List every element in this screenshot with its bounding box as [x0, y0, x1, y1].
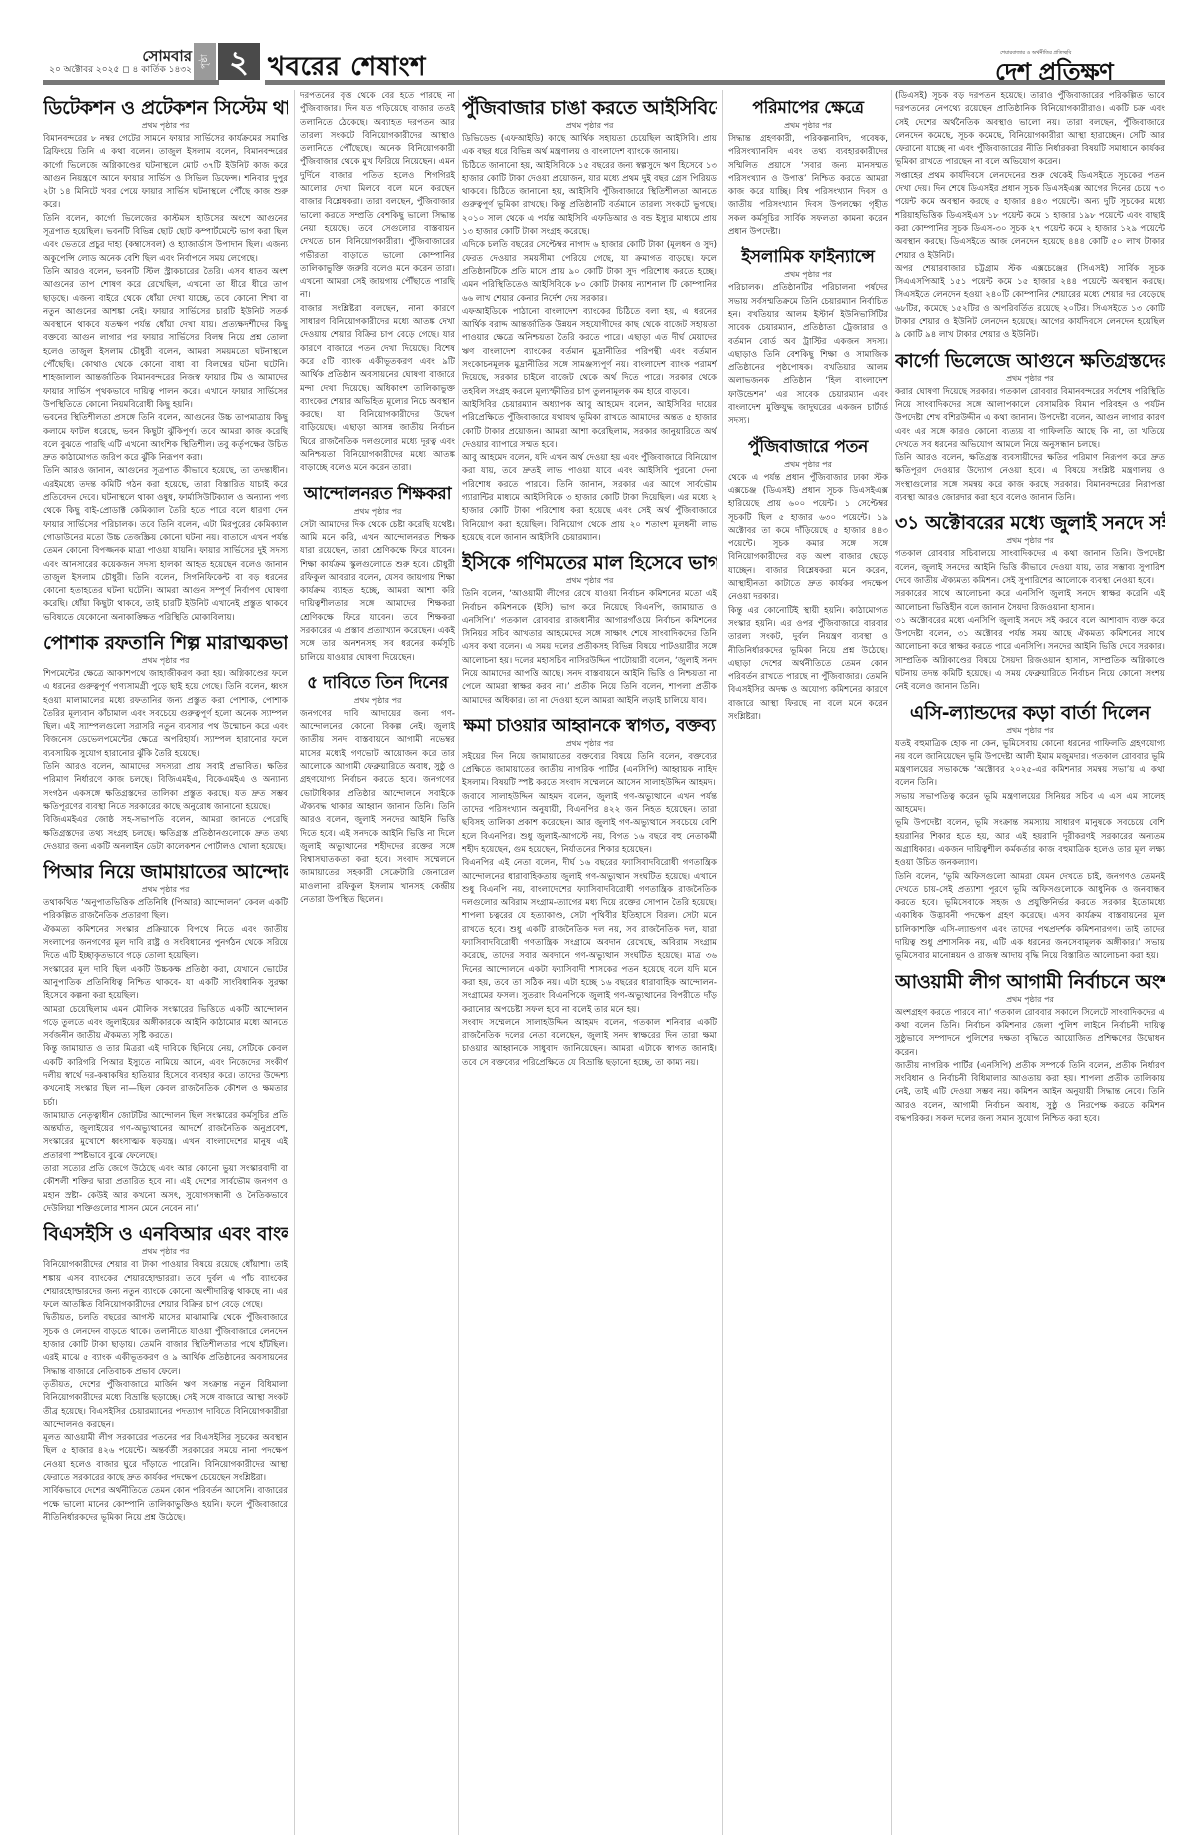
header-rule	[265, 80, 1165, 85]
paragraph: ভূমি উপদেষ্টা বলেন, ভূমি সংক্রান্ত সমস্য…	[895, 817, 1165, 870]
continued-label: প্রথম পৃষ্ঠার পর	[462, 575, 717, 587]
column-3: পুঁজিবাজার চাঙা করতে আইসিবিকে প্রথম পৃষ্…	[462, 90, 717, 1835]
paragraph: থেকে এ পর্যন্ত প্রধান পুঁজিবাজার ঢাকা স্…	[728, 472, 888, 605]
article-agitating-teachers: আন্দোলনরত শিক্ষকরা প্রথম পৃষ্ঠার পর সেটা…	[300, 482, 455, 665]
paragraph: তিনি আরও বলেন, ক্ষতিগ্রস্ত ব্যবসায়ীদের …	[895, 452, 1165, 505]
headline[interactable]: পোশাক রফতানি শিল্প মারাত্মকভাবে	[43, 631, 288, 655]
paragraph: সইয়ের দিন নিয়ে জামায়াতের বক্তব্যের বি…	[462, 751, 717, 791]
continued-label: প্রথম পৃষ্ঠার পর	[895, 373, 1165, 385]
paragraph: মূলত আওয়ামী লীগ সরকারের পতনের পর বিএসইস…	[43, 1432, 288, 1485]
paragraph: আবু আহমেদ বলেন, যদি এখন অর্থ দেওয়া হয় …	[462, 452, 717, 545]
continued-label: প্রথম পৃষ্ঠার পর	[43, 884, 288, 896]
paragraph: বিমানবন্দরের ৮ নম্বর গেটের সামনে ফায়ার …	[43, 133, 288, 213]
header-rule	[43, 80, 219, 85]
article-ec-divided: ইসিকে গণিমতের মাল হিসেবে ভাগ করে প্রথম প…	[462, 551, 717, 708]
paragraph: জাতীয় নাগরিক পার্টির (এনসিপি) প্রতীক সম…	[895, 1060, 1165, 1126]
continued-label: প্রথম পৃষ্ঠার পর	[300, 695, 455, 707]
headline[interactable]: ৩১ অক্টোবরের মধ্যে জুলাই সনদে সই	[895, 511, 1165, 535]
headline[interactable]: ইসলামিক ফাইন্যান্সে	[728, 245, 888, 269]
continued-label: প্রথম পৃষ্ঠার পর	[895, 535, 1165, 547]
headline[interactable]: কার্গো ভিলেজে আগুনে ক্ষতিগ্রস্তদের	[895, 349, 1165, 373]
paragraph: তৃতীয়ত, দেশের পুঁজিবাজারে মার্জিন ঋণ সং…	[43, 1379, 288, 1432]
headline[interactable]: ডিটেকশন ও প্রটেকশন সিস্টেম থাকলে	[43, 96, 288, 120]
paragraph: করার ঘোষণা দিয়েছে সরকার। গতকাল রোববার ব…	[895, 386, 1165, 452]
paragraph: সার্বিকভাবে দেশের অর্থনীতিতে তেমন কোন পর…	[43, 1485, 288, 1525]
article-measurement: পরিমাপের ক্ষেত্রে প্রথম পৃষ্ঠার পর সিদ্ধ…	[728, 96, 888, 239]
article-market-continued: দরপতনের বৃত্ত থেকে বের হতে পারছে না পুঁজ…	[300, 90, 455, 476]
paragraph: দ্বিতীয়ত, চলতি বছরের আগস্ট মাসের মাঝামা…	[43, 1312, 288, 1378]
paragraph: তিনি বলেন, ‘ভূমি অফিসগুলো আমরা যেমন দেখত…	[895, 871, 1165, 964]
headline[interactable]: পিআর নিয়ে জামায়াতের আন্দোলন ছিল	[43, 860, 288, 884]
article-detection-protection: ডিটেকশন ও প্রটেকশন সিস্টেম থাকলে প্রথম প…	[43, 96, 288, 625]
paragraph: তথাকথিত ‘অনুপাতভিত্তিক প্রতিনিধি (পিআর) …	[43, 897, 288, 924]
continued-label: প্রথম পৃষ্ঠার পর	[728, 269, 888, 281]
article-islamic-finance: ইসলামিক ফাইন্যান্সে প্রথম পৃষ্ঠার পর পরি…	[728, 245, 888, 428]
paragraph: তিনি আরও জানান, আগুনের সূত্রপাত কীভাবে হ…	[43, 465, 288, 625]
paragraph: বিজিএমইএর জোষ্ঠ সহ-সভাপতি বলেন, আমরা জান…	[43, 814, 288, 854]
paragraph: তারা সত্যের প্রতি জেগে উঠেছে এবং আর কোনো…	[43, 1163, 288, 1216]
article-garment-export: পোশাক রফতানি শিল্প মারাত্মকভাবে প্রথম পৃ…	[43, 631, 288, 854]
paragraph: আমরা চেয়েছিলাম এমন মৌলিক সংস্কারের ভিত্…	[43, 1004, 288, 1044]
column-divider	[458, 90, 459, 1835]
paragraph: জবাবে সালাহউদ্দিন আহমদ বলেন, জুলাই গণ-অভ…	[462, 791, 717, 857]
paragraph: যতই বহুমাত্রিক হোক না কেন, ভূমিসেবায় কো…	[895, 738, 1165, 791]
paragraph: ডিভিডেন্ড (এফআইডি) কাছে আর্থিক সহায়তা চ…	[462, 133, 717, 160]
headline[interactable]: ক্ষমা চাওয়ার আহ্বানকে স্বাগত, বক্তব্য	[462, 714, 717, 738]
paragraph: সপ্তাহের প্রথম কার্যদিবসে লেনদেনের শুরু …	[895, 170, 1165, 263]
paragraph: সরকারের সাথে আলোচনা করে এনসিপি জুলাই সনদ…	[895, 588, 1165, 615]
article-july-charter: ৩১ অক্টোবরের মধ্যে জুলাই সনদে সই প্রথম প…	[895, 511, 1165, 694]
paragraph: (ডিএসই) সূচক বড় দরপতন হয়েছে। তারাও পুঁ…	[895, 90, 1165, 170]
page-label: পৃষ্ঠা	[194, 43, 216, 80]
masthead: সোমবার ২০ অক্টোবর ২০২৫ ◻ ৪ কার্তিক ১৪৩২ …	[0, 0, 1200, 80]
article-bsec-nbr: বিএসইসি ও এনবিআর এবং বাংলাদেশ প্রথম পৃষ্…	[43, 1222, 288, 1525]
continued-label: প্রথম পৃষ্ঠার পর	[43, 120, 288, 132]
continued-label: প্রথম পৃষ্ঠার পর	[300, 506, 455, 518]
paragraph: তিনি বলেন, কার্গো ভিলেজের কাস্টমস হাউসের…	[43, 213, 288, 266]
headline[interactable]: ৫ দাবিতে তিন দিনের	[300, 671, 455, 695]
headline[interactable]: ইসিকে গণিমতের মাল হিসেবে ভাগ করে	[462, 551, 717, 575]
article-icb-market: পুঁজিবাজার চাঙা করতে আইসিবিকে প্রথম পৃষ্…	[462, 96, 717, 545]
paragraph: সিদ্ধান্ত গ্রহণকারী, পরিকল্পনাবিদ, গবেষক…	[728, 133, 888, 239]
paragraph: এফআইডিকে পাঠানো বাংলাদেশ ব্যাংকের চিঠিতে…	[462, 306, 717, 399]
continued-label: প্রথম পৃষ্ঠার পর	[43, 655, 288, 667]
paragraph: বিনিয়োগকারীদের শেয়ার বা টাকা পাওয়ার ব…	[43, 1259, 288, 1312]
article-dse-continued: (ডিএসই) সূচক বড় দরপতন হয়েছে। তারাও পুঁ…	[895, 90, 1165, 343]
column-divider	[722, 90, 723, 1835]
article-pr-jamaat: পিআর নিয়ে জামায়াতের আন্দোলন ছিল প্রথম …	[43, 860, 288, 1216]
paragraph: বিএনপির এই নেতা বলেন, দীর্ঘ ১৬ বছরের ফ্য…	[462, 857, 717, 1017]
article-ac-land: এসি-ল্যান্ডদের কড়া বার্তা দিলেন প্রথম প…	[895, 701, 1165, 964]
paragraph: দরপতনের বৃত্ত থেকে বের হতে পারছে না পুঁজ…	[300, 90, 455, 303]
article-market-fall: পুঁজিবাজারে পতন প্রথম পৃষ্ঠার পর থেকে এ …	[728, 435, 888, 725]
paragraph: সংবাদ সম্মেলনে সালাহউদ্দিন আহমদ বলেন, গত…	[462, 1017, 717, 1070]
paragraph: অপর শেয়ারবাজার চট্টগ্রাম স্টক এক্সচেঞ্জ…	[895, 263, 1165, 343]
paragraph: সভায় সভাপতিত্ব করেন ভূমি মন্ত্রণালয়ের …	[895, 791, 1165, 818]
date: ২০ অক্টোবর ২০২৫ ◻ ৪ কার্তিক ১৪৩২	[40, 64, 192, 76]
newspaper-logo[interactable]: দেশ প্রতিক্ষণ	[995, 54, 1113, 94]
continued-label: প্রথম পৃষ্ঠার পর	[895, 725, 1165, 737]
headline[interactable]: পুঁজিবাজার চাঙা করতে আইসিবিকে	[462, 96, 717, 120]
column-1: ডিটেকশন ও প্রটেকশন সিস্টেম থাকলে প্রথম প…	[43, 90, 288, 1835]
paragraph: কিন্তু এর কোনোটিই স্থায়ী হয়নি। কাঠামোগ…	[728, 605, 888, 725]
paragraph: পরিচালক। প্রতিষ্ঠানটির পরিচালনা পর্ষদের …	[728, 282, 888, 428]
paragraph: শিপমেন্টের ক্ষেত্রে আকাশপথে জাহাজীকরণ কর…	[43, 668, 288, 761]
paragraph: এদিকে চলতি বছরের সেপ্টেম্বর নাগাদ ৬ হাজা…	[462, 239, 717, 305]
column-5: (ডিএসই) সূচক বড় দরপতন হয়েছে। তারাও পুঁ…	[895, 90, 1165, 1835]
column-4: পরিমাপের ক্ষেত্রে প্রথম পৃষ্ঠার পর সিদ্ধ…	[728, 90, 888, 1835]
paragraph: গতকাল রোববার সচিবালয়ে সাংবাদিকদের এ কথা…	[895, 548, 1165, 588]
paragraph: তিনি আরও বলেন, আমাদের সদস্যরা প্রায় সবা…	[43, 761, 288, 814]
column-2: দরপতনের বৃত্ত থেকে বের হতে পারছে না পুঁজ…	[300, 90, 455, 1835]
paragraph: সেটা আমাদের দিক থেকে চেষ্টা করেছি যথেষ্ট…	[300, 519, 455, 665]
headline[interactable]: এসি-ল্যান্ডদের কড়া বার্তা দিলেন	[895, 701, 1165, 725]
continued-label: প্রথম পৃষ্ঠার পর	[728, 459, 888, 471]
paragraph: জামায়াত নেতৃত্বাধীন জোটটির আন্দোলন ছিল …	[43, 1110, 288, 1163]
paragraph: ঐকমত্য কমিশনের সংস্কার প্রক্রিয়াকে বিপথ…	[43, 924, 288, 964]
headline[interactable]: পরিমাপের ক্ষেত্রে	[728, 96, 888, 120]
paragraph: চিঠিতে জানানো হয়, আইসিবিকে ১৫ বছরের জন্…	[462, 160, 717, 240]
continued-label: প্রথম পৃষ্ঠার পর	[462, 738, 717, 750]
paragraph: কিন্তু জামায়াত ও তার মিত্ররা এই দাবিকে …	[43, 1043, 288, 1109]
article-awami-league: আওয়ামী লীগ আগামী নির্বাচনে অংশ প্রথম পৃ…	[895, 970, 1165, 1127]
article-cargo-village: কার্গো ভিলেজে আগুনে ক্ষতিগ্রস্তদের প্রথম…	[895, 349, 1165, 506]
article-five-demands: ৫ দাবিতে তিন দিনের প্রথম পৃষ্ঠার পর জনগণ…	[300, 671, 455, 907]
paragraph: সংস্কারের মূল দাবি ছিল একটি উচ্চকক্ষ প্র…	[43, 964, 288, 1004]
paragraph: বাজার সংশ্লিষ্টরা বলছেন, নানা কারণে সাধা…	[300, 303, 455, 476]
paragraph: ৩১ অক্টোবরের মধ্যে এনসিপি জুলাই সনদে সই …	[895, 615, 1165, 695]
paragraph: জনগণের দাবি আদায়ের জন্য গণ-আন্দোলনের কো…	[300, 708, 455, 907]
paragraph: অংশগ্রহণ করতে পারবে না।’ গতকাল রোববার সক…	[895, 1007, 1165, 1060]
column-divider	[294, 90, 295, 1835]
headline[interactable]: আন্দোলনরত শিক্ষকরা	[300, 482, 455, 506]
column-divider	[891, 90, 892, 1835]
paragraph: আইসিবির চেয়ারম্যান অধ্যাপক আবু আহমেদ বল…	[462, 399, 717, 452]
headline[interactable]: বিএসইসি ও এনবিআর এবং বাংলাদেশ	[43, 1222, 288, 1246]
continued-label: প্রথম পৃষ্ঠার পর	[43, 1246, 288, 1258]
continued-label: প্রথম পৃষ্ঠার পর	[462, 120, 717, 132]
headline[interactable]: পুঁজিবাজারে পতন	[728, 435, 888, 459]
continued-label: প্রথম পৃষ্ঠার পর	[895, 994, 1165, 1006]
page-number: ২	[218, 43, 260, 80]
headline[interactable]: আওয়ামী লীগ আগামী নির্বাচনে অংশ	[895, 970, 1165, 994]
continued-label: প্রথম পৃষ্ঠার পর	[728, 120, 888, 132]
article-apology-welcome: ক্ষমা চাওয়ার আহ্বানকে স্বাগত, বক্তব্য প…	[462, 714, 717, 1070]
paragraph: তিনি আরও বলেন, ভবনটি স্টিল স্ট্রাকচারের …	[43, 266, 288, 412]
dateline: সোমবার ২০ অক্টোবর ২০২৫ ◻ ৪ কার্তিক ১৪৩২	[40, 48, 192, 76]
paragraph: তিনি বলেন, ‘আওয়ামী লীগের রেখে যাওয়া নি…	[462, 588, 717, 708]
weekday: সোমবার	[40, 48, 192, 64]
paragraph: ভবনের স্থিতিশীলতা প্রসঙ্গে তিনি বলেন, আগ…	[43, 412, 288, 465]
